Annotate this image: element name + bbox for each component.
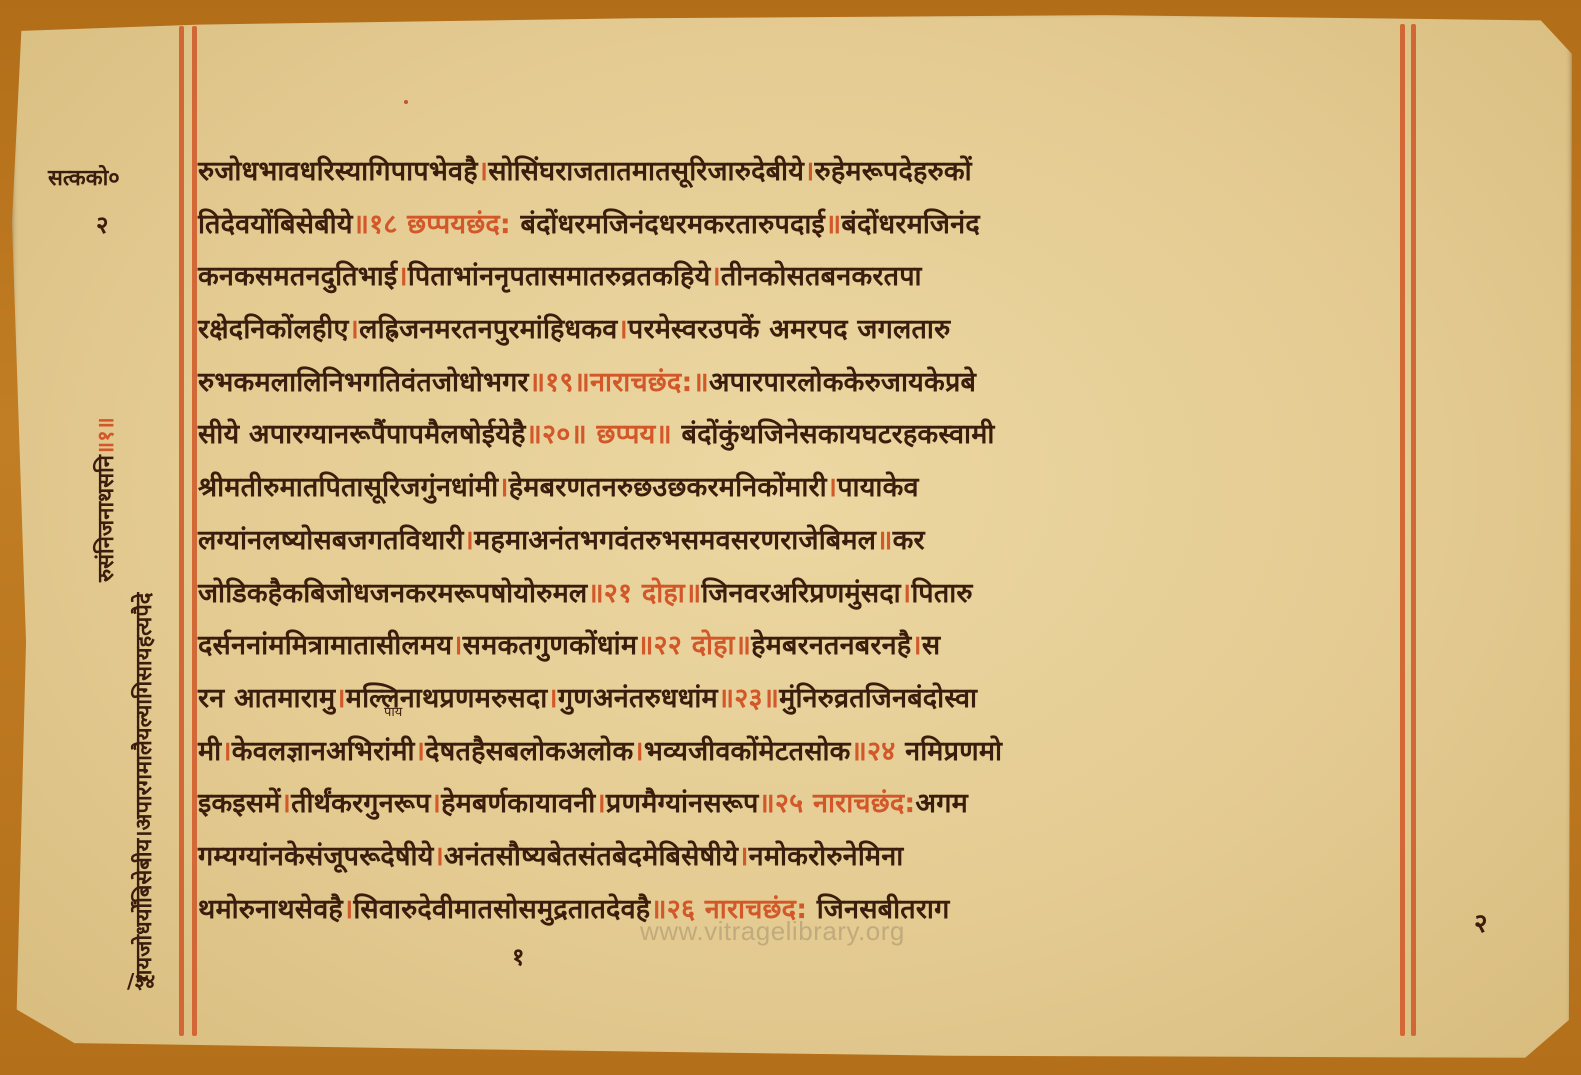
margin-vertical-text-1: गयजोधर्योंबिसेबीय।अपारगमालैयल्यागिसायहत्…: [130, 252, 160, 982]
text-segment: मल्लिनाथप्रणमरुसदा: [346, 683, 548, 714]
rubric-segment: ।: [221, 736, 231, 767]
text-segment: जिनवरअरिप्रणमुंसदा: [701, 578, 901, 609]
manuscript-line: मी।केवलज्ञानअभिरांमी।देषतहैसबलोकअलोक।भव्…: [198, 726, 1398, 779]
text-segment: तिदेवयोंबिसेबीये: [198, 209, 353, 240]
text-segment: तीनकोसतबनकरतपा: [721, 261, 922, 292]
text-segment: सीये अपारग्यानरूपैंपापमैलषोईयेहै: [198, 419, 526, 450]
manuscript-line: श्रीमतीरुमातपितासूरिजगुंनधांमी।हेमबरणतनर…: [198, 462, 1398, 515]
text-segment: बंदोंधरमजिनंदधरमकरतारुपदाई: [511, 209, 825, 240]
rubric-segment: ।: [415, 736, 425, 767]
manuscript-line: रन आतमारामु।मल्लिनाथप्रणमरुसदा।गुणअनंतरु…: [198, 673, 1398, 726]
text-segment: बंदोंधरमजिनंद: [841, 209, 980, 240]
rubric-segment: ।: [595, 788, 605, 819]
text-segment: नमोकरोरुनेमिना: [749, 841, 904, 872]
rubric-segment: ॥: [825, 209, 841, 240]
text-segment: पायाकेव: [837, 472, 919, 503]
manuscript-line: गम्यग्यांनकेसंजूपरूदेषीये।अनंतसौष्यबेतसं…: [198, 831, 1398, 884]
text-segment: श्रीमतीरुमातपितासूरिजगुंनधांमी: [198, 472, 498, 503]
rubric-segment: ॥१९॥नाराचछंद:॥: [529, 367, 709, 398]
manuscript-line: रुजोधभावधरिस्यागिपापभेवहै।सोसिंघराजतातमा…: [198, 146, 1398, 199]
text-segment: भव्यजीवकोंमेटतसोक: [644, 736, 851, 767]
text-segment: अपारपारलोककेरुजायकेप्रबे: [709, 367, 976, 398]
rubric-segment: ।: [335, 683, 345, 714]
margin-folio-number: २: [96, 208, 108, 241]
manuscript-folio: सत्कको० २ गयजोधर्योंबिसेबीय।अपारगमालैयल्…: [12, 12, 1572, 1062]
text-segment: सिवारुदेवीमातसोसमुद्रतातदेवहै: [353, 894, 650, 925]
watermark: www.vitragelibrary.org: [640, 916, 905, 947]
left-border-rule-inner: [192, 26, 197, 1036]
text-segment: तीर्थंकरगुनरूप: [291, 788, 431, 819]
text-segment: रुहेमरूपदेहरुकों: [815, 156, 972, 187]
text-segment: थमोरुनाथसेवहै: [198, 894, 343, 925]
rubric-segment: ।: [343, 894, 353, 925]
rubric-segment: ।: [281, 788, 291, 819]
text-segment: बंदोंकुंथजिनेसकायघटरहकस्वामी: [672, 419, 995, 450]
text-segment: रुजोधभावधरिस्यागिपापभेवहै: [198, 156, 478, 187]
text-segment: मी: [198, 736, 221, 767]
manuscript-line: रक्षेदनिकोंलहीए।लह्रिजनमरतनपुरमांहिधकव।प…: [198, 304, 1398, 357]
right-border-rule-outer: [1411, 24, 1416, 1036]
right-border-rule-inner: [1400, 24, 1405, 1036]
text-segment: हेमबर्णकायावनी: [441, 788, 595, 819]
rubric-segment: ।: [464, 525, 474, 556]
text-segment: हेमबरणतनरुछउछकरमनिकोंमारी: [509, 472, 827, 503]
margin-vertical-text-2-body: रुसंनिजनाथसनि: [94, 455, 119, 582]
rubric-segment: ।: [434, 841, 444, 872]
manuscript-line: जोडिकहैकबिजोधजनकरमरूपषोयोरुमल॥२१ दोहा॥जि…: [198, 568, 1398, 621]
left-border-rule-outer: [179, 26, 184, 1036]
text-segment: रन आतमारामु: [198, 683, 335, 714]
text-segment: कर: [893, 525, 925, 556]
manuscript-line: इकइसमें।तीर्थंकरगुनरूप।हेमबर्णकायावनी।प्…: [198, 778, 1398, 831]
margin-vertical-text-2-mark: ॥१॥: [94, 417, 119, 455]
rubric-segment: ।: [633, 736, 643, 767]
text-segment: केवलज्ञानअभिरांमी: [232, 736, 415, 767]
text-segment: दर्सननांममित्रामातासीलमय: [198, 630, 452, 661]
text-segment: जोडिकहैकबिजोधजनकरमरूपषोयोरुमल: [198, 578, 587, 609]
margin-reference-label: सत्कको०: [48, 162, 120, 192]
margin-vertical-text-2: रुसंनिजनाथसनि॥१॥: [92, 262, 122, 582]
rubric-segment: ।: [431, 788, 441, 819]
text-segment: पितारु: [911, 578, 972, 609]
text-segment: मुंनिरुव्रतजिनबंदोस्वा: [779, 683, 977, 714]
rubric-segment: ॥२५ नाराचछंद:: [759, 788, 916, 819]
rubric-segment: ।: [498, 472, 508, 503]
text-segment: सोसिंघराजतातमातसूरिजारुदेबीये: [488, 156, 804, 187]
rubric-segment: ॥२३॥: [718, 683, 779, 714]
rubric-segment: ।: [710, 261, 720, 292]
rubric-segment: ।: [478, 156, 488, 187]
text-segment: परमेस्वरउपकें अमरपद जगलतारु: [628, 314, 951, 345]
text-segment: प्रणमैग्यांनसरूप: [606, 788, 759, 819]
interlinear-correction: पाय: [384, 702, 402, 720]
rubric-segment: ।: [397, 261, 407, 292]
page-number-right: २: [1474, 904, 1488, 940]
rubric-segment: ।: [547, 683, 557, 714]
rubric-segment: ।: [827, 472, 837, 503]
text-segment: गुणअनंतरुधधांम: [558, 683, 718, 714]
rubric-segment: ।: [617, 314, 627, 345]
text-segment: रक्षेदनिकोंलहीए: [198, 314, 349, 345]
text-segment: नमिप्रणमो: [895, 736, 1002, 767]
manuscript-line: कनकसमतनदुतिभाई।पिताभांननृपतासमातरुव्रतकह…: [198, 251, 1398, 304]
text-segment: अगम: [915, 788, 968, 819]
text-segment: देषतहैसबलोकअलोक: [425, 736, 633, 767]
rubric-segment: ।: [911, 630, 921, 661]
ink-speck: [404, 100, 408, 104]
rubric-segment: ॥२०॥ छप्पय॥: [526, 419, 672, 450]
text-segment: गम्यग्यांनकेसंजूपरूदेषीये: [198, 841, 434, 872]
manuscript-line: लग्यांनलष्योसबजगतविथारी।महमाअनंतभगवंतरुभ…: [198, 515, 1398, 568]
text-segment: हेमबरनतनबरनहै: [751, 630, 911, 661]
rubric-segment: ॥: [876, 525, 892, 556]
text-segment: इकइसमें: [198, 788, 281, 819]
rubric-segment: ॥२१ दोहा॥: [587, 578, 701, 609]
rubric-segment: ॥२४: [851, 736, 896, 767]
rubric-segment: ॥१८ छप्पयछंद:: [353, 209, 511, 240]
rubric-segment: ।: [452, 630, 462, 661]
text-segment: महमाअनंतभगवंतरुभसमवसरणराजेबिमल: [474, 525, 876, 556]
text-segment: लह्रिजनमरतनपुरमांहिधकव: [359, 314, 617, 345]
text-segment: कनकसमतनदुतिभाई: [198, 261, 397, 292]
rubric-segment: ।: [804, 156, 814, 187]
rubric-segment: ।: [738, 841, 748, 872]
manuscript-line: दर्सननांममित्रामातासीलमय।समकतगुणकोंधांम॥…: [198, 620, 1398, 673]
manuscript-line: तिदेवयोंबिसेबीये॥१८ छप्पयछंद: बंदोंधरमजि…: [198, 199, 1398, 252]
text-segment: पिताभांननृपतासमातरुव्रतकहिये: [408, 261, 711, 292]
text-segment: रुभकमलालिनिभगतिवंतजोधोभगर: [198, 367, 529, 398]
manuscript-line: रुभकमलालिनिभगतिवंतजोधोभगर॥१९॥नाराचछंद:॥अ…: [198, 357, 1398, 410]
rubric-segment: ॥२२ दोहा॥: [637, 630, 751, 661]
rubric-segment: ।: [349, 314, 359, 345]
text-segment: लग्यांनलष्योसबजगतविथारी: [198, 525, 464, 556]
margin-bottom-mark: /३४: [127, 967, 155, 994]
rubric-segment: ।: [901, 578, 911, 609]
manuscript-text-block: रुजोधभावधरिस्यागिपापभेवहै।सोसिंघराजतातमा…: [198, 146, 1398, 936]
text-segment: अनंतसौष्यबेतसंतबेदमेबिसेषीये: [444, 841, 738, 872]
manuscript-line: सीये अपारग्यानरूपैंपापमैलषोईयेहै॥२०॥ छप्…: [198, 409, 1398, 462]
text-segment: स: [922, 630, 940, 661]
page-number-bottom: १: [512, 940, 524, 973]
text-segment: समकतगुणकोंधांम: [463, 630, 638, 661]
